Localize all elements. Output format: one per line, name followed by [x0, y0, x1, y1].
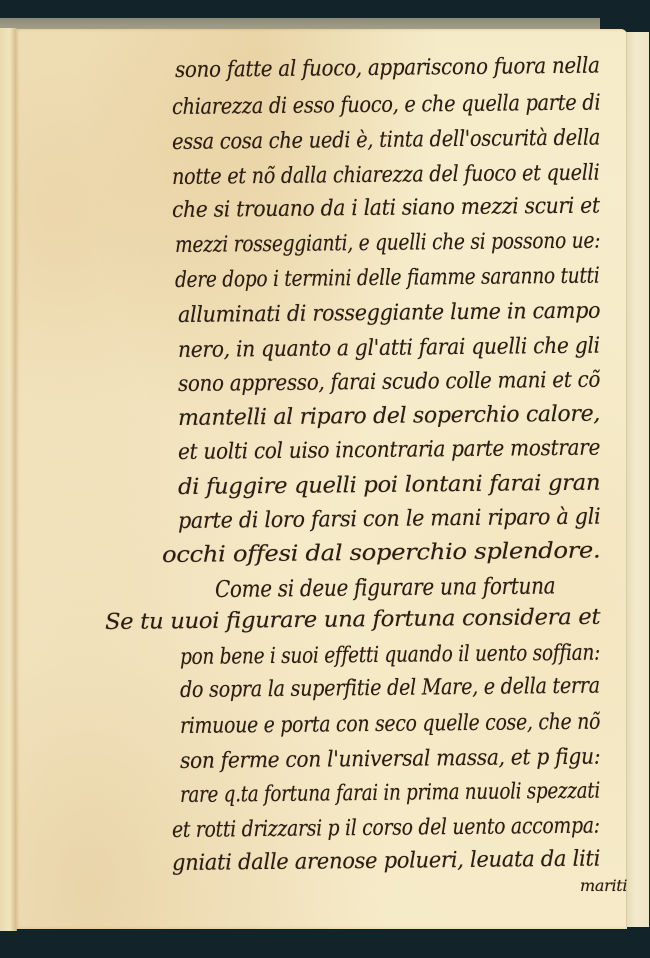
text-line: dere dopo i termini delle fiamme saranno…	[175, 264, 600, 293]
manuscript-text: sono fatte al fuoco, appariscono fuora n…	[0, 0, 650, 958]
section-heading: Come si deue figurare una fortuna	[215, 573, 556, 603]
text-line: mezzi rosseggianti, e quelli che si poss…	[175, 229, 600, 258]
text-line: et rotti drizzarsi p il corso del uento …	[172, 814, 600, 843]
text-line: alluminati di rosseggiante lume in campo	[178, 299, 600, 328]
text-line: son ferme con l'universal massa, et p fi…	[180, 745, 601, 774]
text-line: parte di loro farsi con le mani riparo à…	[178, 505, 601, 534]
text-line: occhi offesi dal soperchio splendore.	[162, 538, 601, 568]
text-line: rare q.ta fortuna farai in prima nuuoli …	[180, 779, 600, 808]
text-line: rimuoue e porta con seco quelle cose, ch…	[180, 710, 600, 739]
manuscript-scan: sono fatte al fuoco, appariscono fuora n…	[0, 0, 650, 958]
text-line: sono appresso, farai scudo colle mani et…	[178, 368, 600, 397]
text-line: essa cosa che uedi è, tinta dell'oscurit…	[172, 126, 600, 155]
text-line: do sopra la superfitie del Mare, e della…	[180, 674, 600, 703]
text-line: notte et nõ dalla chiarezza del fuoco et…	[172, 161, 600, 190]
text-line: Se tu uuoi figurare una fortuna consider…	[105, 605, 601, 635]
catchword: mariti	[580, 876, 627, 895]
text-line: di fuggire quelli poi lontani farai gran	[178, 471, 600, 500]
text-line: mantelli al riparo del soperchio calore,	[178, 402, 600, 431]
text-line: sono fatte al fuoco, appariscono fuora n…	[175, 54, 600, 83]
text-line: che si trouano da i lati siano mezzi scu…	[172, 194, 600, 223]
text-line: gniati dalle arenose polueri, leuata da …	[172, 847, 600, 876]
text-line: et uolti col uiso incontraria parte most…	[178, 436, 600, 465]
text-line: pon bene i suoi effetti quando il uento …	[180, 641, 600, 670]
text-line: chiarezza di esso fuoco, e che quella pa…	[172, 91, 601, 120]
text-line: nero, in quanto a gl'atti farai quelli c…	[178, 334, 600, 363]
